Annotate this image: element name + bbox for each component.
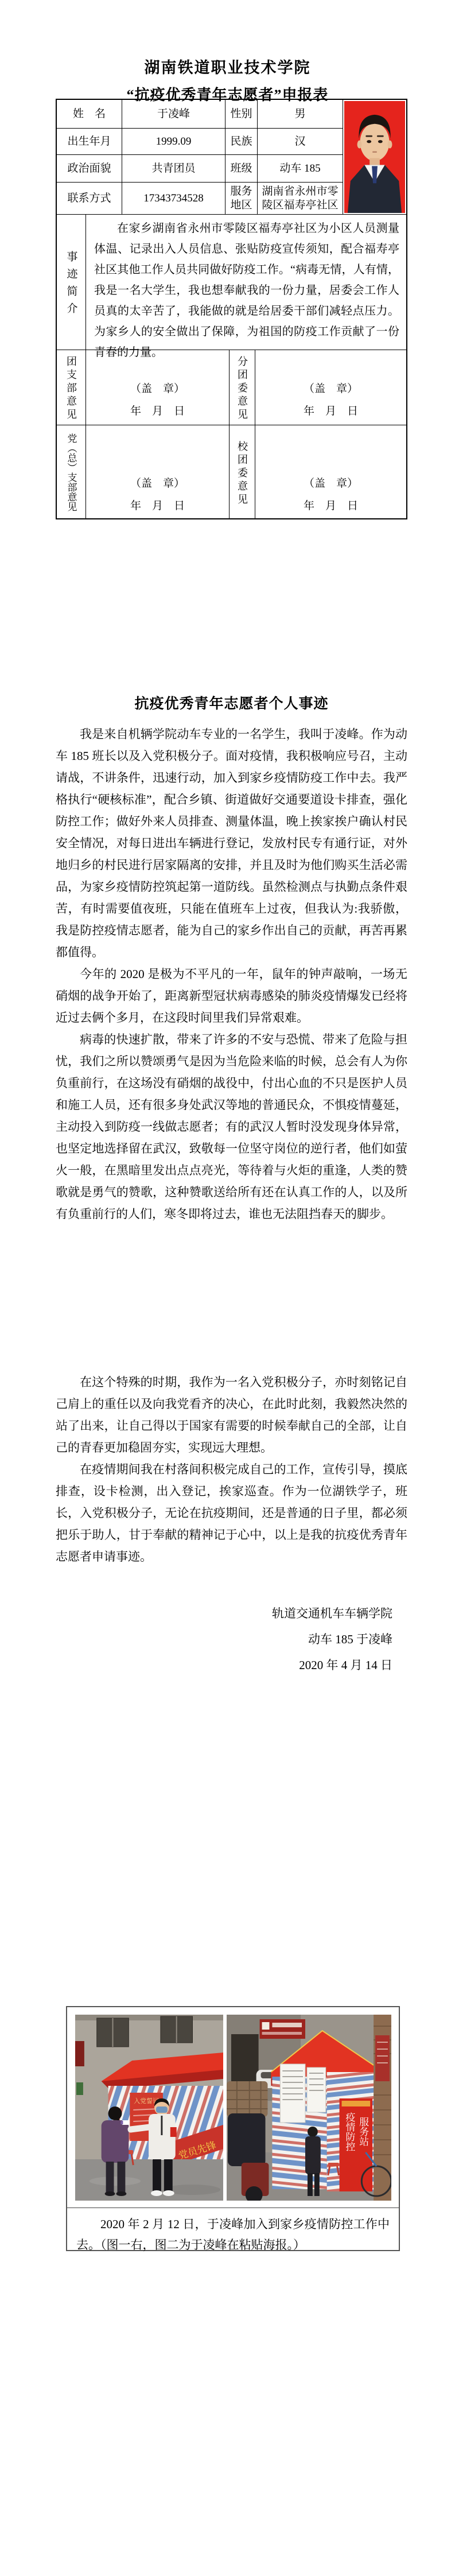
banner-heading-strip [342,2101,371,2106]
eye [378,140,383,143]
document-page: 湖南铁道职业技术学院 “抗疫优秀青年志愿者”申报表 姓 名 于凌峰 性别 男 出… [0,0,455,2576]
document-header: 湖南铁道职业技术学院 “抗疫优秀青年志愿者”申报表 [0,55,455,104]
name-label: 姓 名 [57,100,122,128]
dark-doorway [231,2034,259,2082]
opinion-row-1: 团支部意见 （盖 章） 年 月 日 分团委意见 （盖 章） 年 月 日 [57,350,406,425]
storefront-sign [260,2019,305,2039]
signature-date: 2020 年 4 月 14 日 [56,1652,392,1678]
essay-paragraph: 今年的 2020 是极为不平凡的一年，鼠年的钟声敲响，一场无硝烟的战争开始了，距… [56,963,407,1029]
photo-caption: 2020 年 2 月 12 日，于凌峰加入到家乡疫情防控工作中去。（图一右，图二… [67,2208,399,2255]
league-branch-opinion-box: （盖 章） 年 月 日 [86,350,230,425]
deeds-summary-row: 事迹简介 在家乡湖南省永州市零陵区福寿亭社区为小区人员测量体温、记录出入人员信息… [57,215,406,350]
small-green-sign [76,2082,83,2095]
essay-paragraph: 在这个特殊的时期，我作为一名入党积极分子，亦时刻铭记自己肩上的重任以及向我党看齐… [56,1371,407,1458]
signature-student: 动车 185 于凌峰 [56,1627,392,1652]
birth-value: 1999.09 [122,129,225,154]
table-row: 出生年月 1999.09 民族 汉 [57,129,343,155]
eyebrow [377,135,384,137]
date-placeholder: 年 月 日 [130,402,185,418]
road-patch [90,2177,141,2186]
personal-deeds-essay: 抗疫优秀青年志愿者个人事迹 我是来自机辆学院动车专业的一名学生，我叫于凌峰。作为… [56,692,407,1678]
signature-college: 轨道交通机车车辆学院 [56,1601,392,1627]
service-station-banner: 疫情防控 服务站 [340,2098,373,2191]
date-placeholder: 年 月 日 [304,402,358,418]
school-league-committee-opinion-label: 校团委意见 [230,425,255,519]
stamp-placeholder: （盖 章） [130,475,185,490]
stamp-placeholder: （盖 章） [304,380,358,395]
mouth [372,152,377,153]
contact-label: 联系方式 [57,183,122,215]
ear [388,141,392,149]
id-photo-graphic [344,101,405,213]
thermometer-tip [120,2121,123,2124]
league-branch-opinion-label: 团支部意见 [57,350,86,425]
basic-info-section: 姓 名 于凌峰 性别 男 出生年月 1999.09 民族 汉 政治面貌 共青团员… [57,100,406,215]
stamp-placeholder: （盖 章） [304,475,358,490]
ethnicity-value: 汉 [258,129,343,154]
id-photo [343,100,406,214]
party-branch-opinion-box: （盖 章） 年 月 日 [86,425,230,519]
party-branch-opinion-label: 党（总）支部意见 [57,425,86,519]
school-title: 湖南铁道职业技术学院 [0,55,455,77]
ethnicity-label: 民族 [225,129,258,154]
table-row: 姓 名 于凌峰 性别 男 [57,100,343,129]
gender-value: 男 [258,100,343,128]
service-area-label: 服务地区 [225,183,258,215]
date-placeholder: 年 月 日 [130,497,185,513]
face [360,123,389,161]
class-value: 动车 185 [258,155,343,182]
school-league-committee-opinion-box: （盖 章） 年 月 日 [255,425,406,519]
white-shoe [163,2190,174,2196]
photo-checkpoint-temperature-check: 入党誓词 党员先锋 [75,2015,223,2201]
sub-league-committee-opinion-label: 分团委意见 [230,350,255,425]
eye [367,140,371,143]
political-status-label: 政治面貌 [57,155,122,182]
essay-paragraph: 病毒的快速扩散，带来了许多的不安与恐慌、带来了危险与担忧，我们之所以赞颂勇气是因… [56,1029,407,1225]
date-placeholder: 年 月 日 [304,497,358,513]
white-shoe [151,2190,162,2196]
essay-title: 抗疫优秀青年志愿者个人事迹 [56,692,407,713]
stamp-placeholder: （盖 章） [130,380,185,395]
red-armband [170,2127,177,2137]
sub-league-committee-opinion-box: （盖 章） 年 月 日 [255,350,406,425]
political-status-value: 共青团员 [122,155,225,182]
photo-service-station-tent: 疫情防控 服务站 [227,2015,391,2201]
table-row: 联系方式 17343734528 服务地区 湖南省永州市零陵区福寿亭社区 [57,183,343,215]
applicant-info-table: 姓 名 于凌峰 性别 男 出生年月 1999.09 民族 汉 政治面貌 共青团员… [56,99,407,519]
deeds-summary-text: 在家乡湖南省永州市零陵区福寿亭社区为小区人员测量体温、记录出入人员信息、张贴防疫… [86,215,406,350]
birth-label: 出生年月 [57,129,122,154]
eyebrow [365,135,372,137]
ear [357,141,362,149]
signature-block: 轨道交通机车车辆学院 动车 185 于凌峰 2020 年 4 月 14 日 [56,1601,407,1678]
opinion-row-2: 党（总）支部意见 （盖 章） 年 月 日 校团委意见 （盖 章） 年 月 日 [57,425,406,519]
service-area-value: 湖南省永州市零陵区福寿亭社区 [258,183,343,215]
essay-paragraph: 在疫情期间我在村落间积极完成自己的工作，宣传引导，摸底排查，设卡检测，出入登记，… [56,1458,407,1568]
table-row: 政治面貌 共青团员 班级 动车 185 [57,155,343,183]
face-mask [156,2106,168,2113]
banner-text-service-station: 服务站 [358,2117,369,2146]
purple-jacket [102,2120,129,2163]
gender-label: 性别 [225,100,258,128]
contact-value: 17343734528 [122,183,225,215]
evidence-photo-section: 入党誓词 党员先锋 [66,2006,400,2251]
photo-strip: 入党誓词 党员先锋 [67,2007,399,2208]
wall-sign [75,2041,84,2066]
class-label: 班级 [225,155,258,182]
banner-text-epidemic-control: 疫情防控 [344,2112,355,2151]
rain-cover [228,2113,266,2166]
deeds-summary-label: 事迹简介 [57,215,86,350]
name-value: 于凌峰 [122,100,225,128]
essay-paragraph: 我是来自机辆学院动车专业的一名学生，我叫于凌峰。作为动车 185 班长以及入党积… [56,723,407,963]
